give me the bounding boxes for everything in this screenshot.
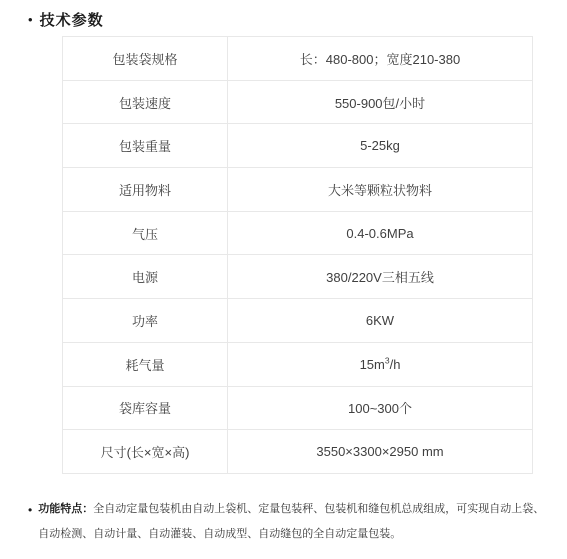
- spec-label: 包装袋规格: [112, 52, 177, 67]
- spec-value-cell: 0.4-0.6MPa: [228, 211, 533, 255]
- spec-label: 袋库容量: [119, 401, 171, 416]
- spec-label: 适用物料: [119, 183, 171, 198]
- table-row: 适用物料 大米等颗粒状物料: [63, 168, 533, 212]
- spec-label-cell: 适用物料: [63, 168, 228, 212]
- spec-value-cell: 长：480-800；宽度210-380: [228, 37, 533, 81]
- spec-label-cell: 耗气量: [63, 342, 228, 386]
- spec-label-cell: 包装重量: [63, 124, 228, 168]
- spec-value: 550-900包/小时: [335, 96, 425, 111]
- table-row: 功率 6KW: [63, 299, 533, 343]
- spec-label: 包装重量: [119, 139, 171, 154]
- page: • 技术参数 包装袋规格 长：480-800；宽度210-380 包装速度 55…: [0, 0, 567, 559]
- spec-value-cell: 5-25kg: [228, 124, 533, 168]
- table-row: 电源 380/220V三相五线: [63, 255, 533, 299]
- spec-value-cell: 大米等颗粒状物料: [228, 168, 533, 212]
- spec-value: 380/220V三相五线: [326, 270, 434, 285]
- spec-label-cell: 包装袋规格: [63, 37, 228, 81]
- spec-value-cell: 6KW: [228, 299, 533, 343]
- feature-note-lead: 功能特点：: [38, 503, 93, 515]
- spec-label-cell: 袋库容量: [63, 386, 228, 430]
- section-title: • 技术参数: [28, 12, 104, 29]
- spec-label-cell: 功率: [63, 299, 228, 343]
- spec-value: 100~300个: [348, 401, 412, 416]
- spec-value: 0.4-0.6MPa: [346, 226, 413, 241]
- spec-value: 3550×3300×2950 mm: [316, 444, 443, 459]
- spec-table: 包装袋规格 长：480-800；宽度210-380 包装速度 550-900包/…: [62, 36, 533, 474]
- spec-value-cell: 100~300个: [228, 386, 533, 430]
- table-row: 包装重量 5-25kg: [63, 124, 533, 168]
- spec-label-cell: 电源: [63, 255, 228, 299]
- spec-label: 气压: [132, 227, 158, 242]
- spec-label-cell: 气压: [63, 211, 228, 255]
- spec-label: 功率: [132, 314, 158, 329]
- spec-label: 尺寸(长×宽×高): [101, 445, 190, 460]
- spec-label: 耗气量: [125, 358, 164, 373]
- spec-value-cell: 380/220V三相五线: [228, 255, 533, 299]
- table-row: 耗气量 15m3/h: [63, 342, 533, 386]
- bullet-icon: •: [28, 13, 33, 26]
- spec-label-cell: 包装速度: [63, 80, 228, 124]
- table-row: 包装袋规格 长：480-800；宽度210-380: [63, 37, 533, 81]
- section-title-text: 技术参数: [40, 12, 104, 29]
- feature-note-text: 全自动定量包装机由自动上袋机、定量包装秤、包装机和缝包机总成组成，可实现自动上袋…: [38, 503, 544, 540]
- table-row: 袋库容量 100~300个: [63, 386, 533, 430]
- spec-value: 大米等颗粒状物料: [328, 183, 432, 198]
- spec-value: 15m3/h: [360, 357, 401, 372]
- feature-note-body: 功能特点：全自动定量包装机由自动上袋机、定量包装秤、包装机和缝包机总成组成，可实…: [38, 497, 550, 547]
- feature-note: • 功能特点：全自动定量包装机由自动上袋机、定量包装秤、包装机和缝包机总成组成，…: [28, 497, 553, 547]
- table-row: 气压 0.4-0.6MPa: [63, 211, 533, 255]
- spec-value-cell: 15m3/h: [228, 342, 533, 386]
- spec-value: 5-25kg: [360, 138, 400, 153]
- spec-label: 电源: [132, 270, 158, 285]
- spec-value-cell: 3550×3300×2950 mm: [228, 430, 533, 474]
- spec-value-cell: 550-900包/小时: [228, 80, 533, 124]
- spec-label: 包装速度: [119, 96, 171, 111]
- spec-value: 6KW: [366, 313, 394, 328]
- spec-value-unit: /h: [390, 357, 401, 372]
- table-row: 尺寸(长×宽×高) 3550×3300×2950 mm: [63, 430, 533, 474]
- table-row: 包装速度 550-900包/小时: [63, 80, 533, 124]
- spec-value: 长：480-800；宽度210-380: [300, 52, 460, 67]
- spec-label-cell: 尺寸(长×宽×高): [63, 430, 228, 474]
- spec-value-base: 15m: [360, 357, 385, 372]
- bullet-icon: •: [28, 504, 32, 516]
